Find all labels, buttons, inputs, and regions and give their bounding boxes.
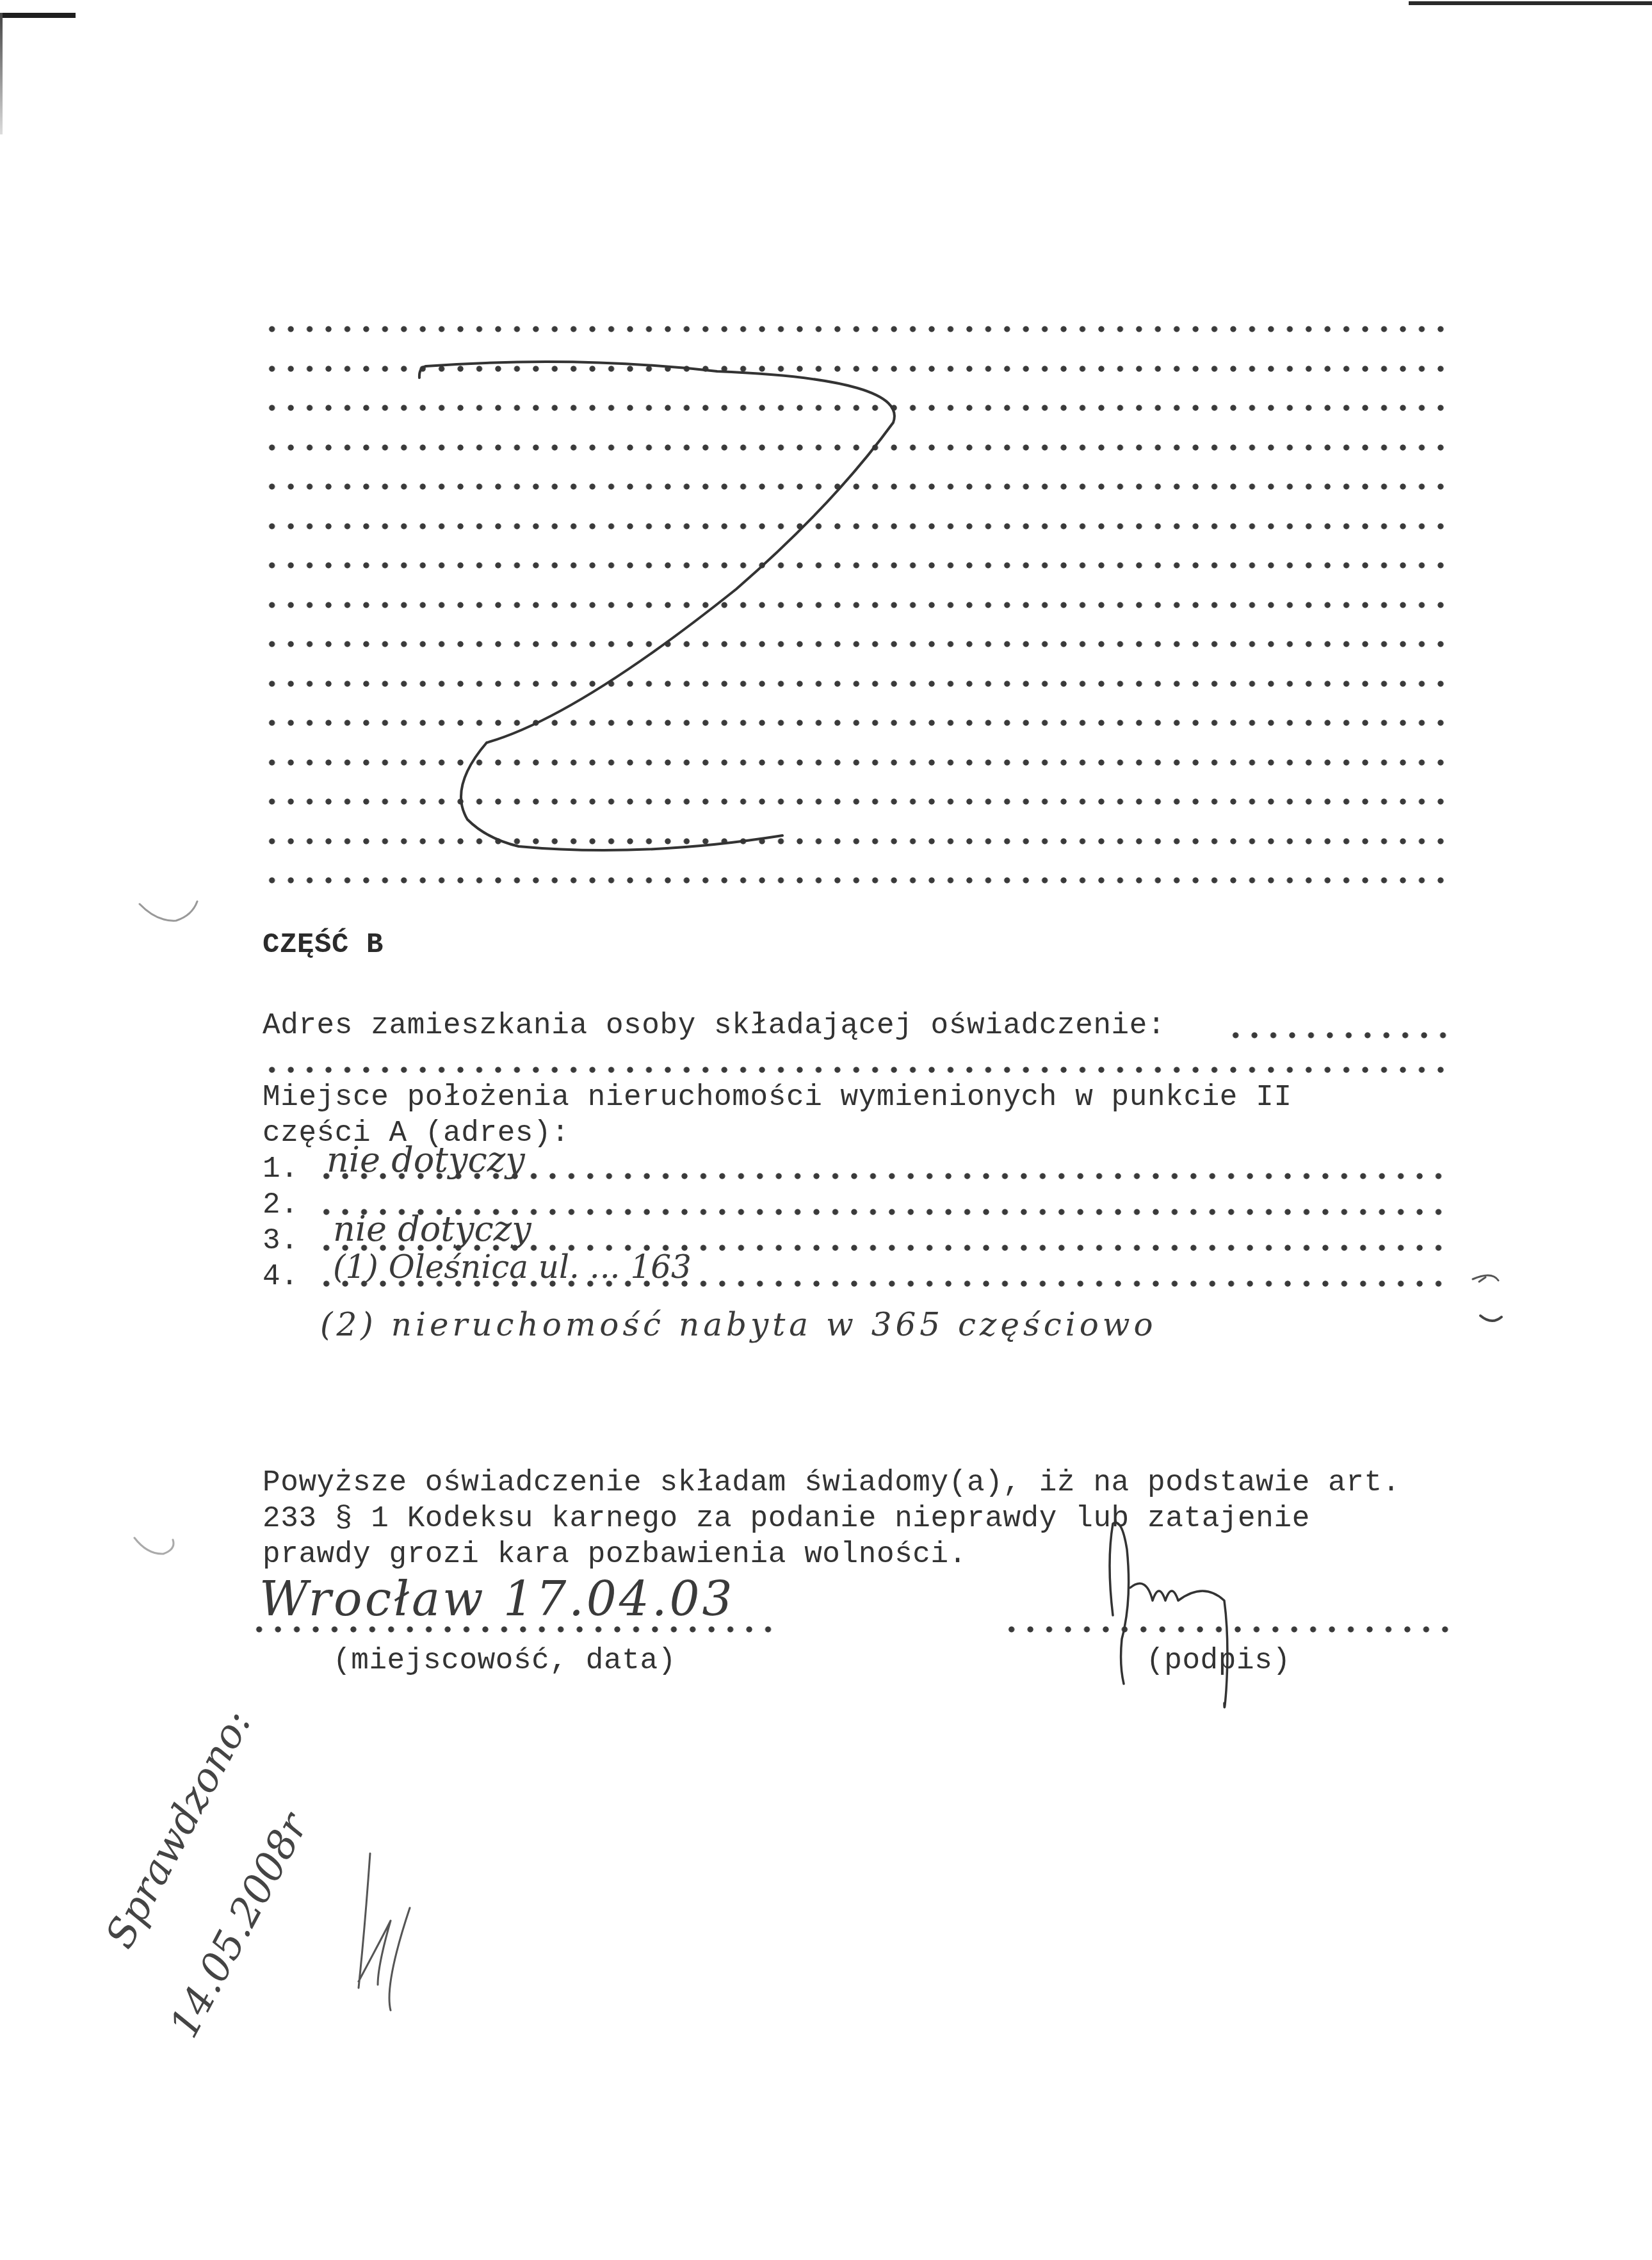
signature-handwritten bbox=[1110, 1522, 1227, 1707]
strike-through-z-mark bbox=[419, 362, 895, 850]
stray-mark bbox=[1473, 1275, 1498, 1282]
reviewer-signature bbox=[359, 1853, 410, 2010]
punch-hole-mark bbox=[140, 901, 197, 921]
punch-hole-mark bbox=[134, 1538, 174, 1554]
stray-mark bbox=[1480, 1316, 1502, 1321]
